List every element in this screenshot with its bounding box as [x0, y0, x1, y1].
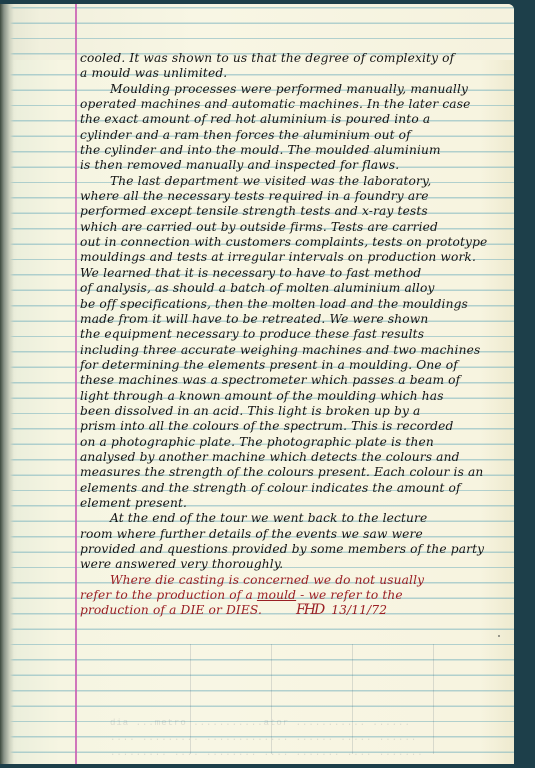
handwritten-line: light through a known amount of the moul… — [80, 389, 510, 404]
correction-line-3: production of a DIE or DIES.FHD13/11/72 — [80, 603, 510, 618]
correction-text: refer to the production of a — [80, 588, 257, 602]
handwritten-line: measures the strength of the colours pre… — [80, 465, 510, 480]
teacher-signature: FHD13/11/72 — [296, 603, 387, 618]
handwritten-line: element present. — [80, 496, 510, 511]
binding-shadow — [0, 4, 14, 764]
handwritten-line: for determining the elements present in … — [80, 358, 510, 373]
ink-dot — [498, 635, 500, 637]
underlined-word-mould: mould — [257, 588, 296, 602]
scanned-notebook-page: dia ...metro ...........ator ...........… — [0, 0, 535, 768]
correction-line-2: refer to the production of a mould - we … — [80, 588, 510, 603]
bleed-row: ......... .... ........ .... ....... ...… — [110, 748, 494, 758]
correction-text: production of a DIE or DIES. — [80, 603, 262, 617]
handwritten-line: room where further details of the events… — [80, 527, 510, 542]
handwritten-line: made from it will have to be retreated. … — [80, 312, 510, 327]
margin-line — [75, 4, 77, 764]
handwritten-line: these machines was a spectrometer which … — [80, 373, 510, 388]
handwritten-line: analysed by another machine which detect… — [80, 450, 510, 465]
handwritten-line: performed except tensile strength tests … — [80, 204, 510, 219]
handwritten-line: the equipment necessary to produce these… — [80, 327, 510, 342]
handwritten-line: mouldings and tests at irregular interva… — [80, 250, 510, 265]
bleed-row: ........ ............ ...... ...... ....… — [110, 760, 494, 764]
handwritten-line: where all the necessary tests required i… — [80, 189, 510, 204]
handwritten-line: on a photographic plate. The photographi… — [80, 435, 510, 450]
handwritten-line: out in connection with customers complai… — [80, 235, 510, 250]
handwritten-line: be off specifications, then the molten l… — [80, 297, 510, 312]
bleed-row: dia ...metro ...........ator ...........… — [110, 718, 494, 728]
correction-line-1: Where die casting is concerned we do not… — [80, 573, 510, 588]
paper-sheet: dia ...metro ...........ator ...........… — [0, 4, 514, 764]
handwritten-line: been dissolved in an acid. This light is… — [80, 404, 510, 419]
handwritten-line: elements and the strength of colour indi… — [80, 481, 510, 496]
teacher-initials: FHD — [296, 602, 323, 618]
handwritten-line: operated machines and automatic machines… — [80, 97, 510, 112]
handwritten-line: provided and questions provided by some … — [80, 542, 510, 557]
handwritten-line: the cylinder and into the mould. The mou… — [80, 143, 510, 158]
handwritten-line: a mould was unlimited. — [80, 66, 510, 81]
handwritten-line: is then removed manually and inspected f… — [80, 158, 510, 173]
handwritten-line: Moulding processes were performed manual… — [80, 82, 510, 97]
handwritten-line: were answered very thoroughly. — [80, 557, 510, 572]
correction-date: 13/11/72 — [331, 603, 387, 617]
handwritten-line: The last department we visited was the l… — [80, 174, 510, 189]
handwritten-body: cooled. It was shown to us that the degr… — [80, 51, 510, 619]
handwritten-line: At the end of the tour we went back to t… — [80, 511, 510, 526]
bleed-row: .... ......... ............. ...... ....… — [110, 733, 494, 743]
handwritten-line: cylinder and a ram then forces the alumi… — [80, 128, 510, 143]
handwritten-line: prism into all the colours of the spectr… — [80, 419, 510, 434]
handwritten-line: of analysis, as should a batch of molten… — [80, 281, 510, 296]
bleed-through-table: dia ...metro ...........ator ...........… — [110, 644, 494, 754]
handwritten-line: cooled. It was shown to us that the degr… — [80, 51, 510, 66]
handwritten-line: the exact amount of red hot aluminium is… — [80, 112, 510, 127]
handwritten-line: We learned that it is necessary to have … — [80, 266, 510, 281]
correction-text: - we refer to the — [296, 588, 403, 602]
handwritten-line: including three accurate weighing machin… — [80, 343, 510, 358]
handwritten-line: which are carried out by outside firms. … — [80, 220, 510, 235]
